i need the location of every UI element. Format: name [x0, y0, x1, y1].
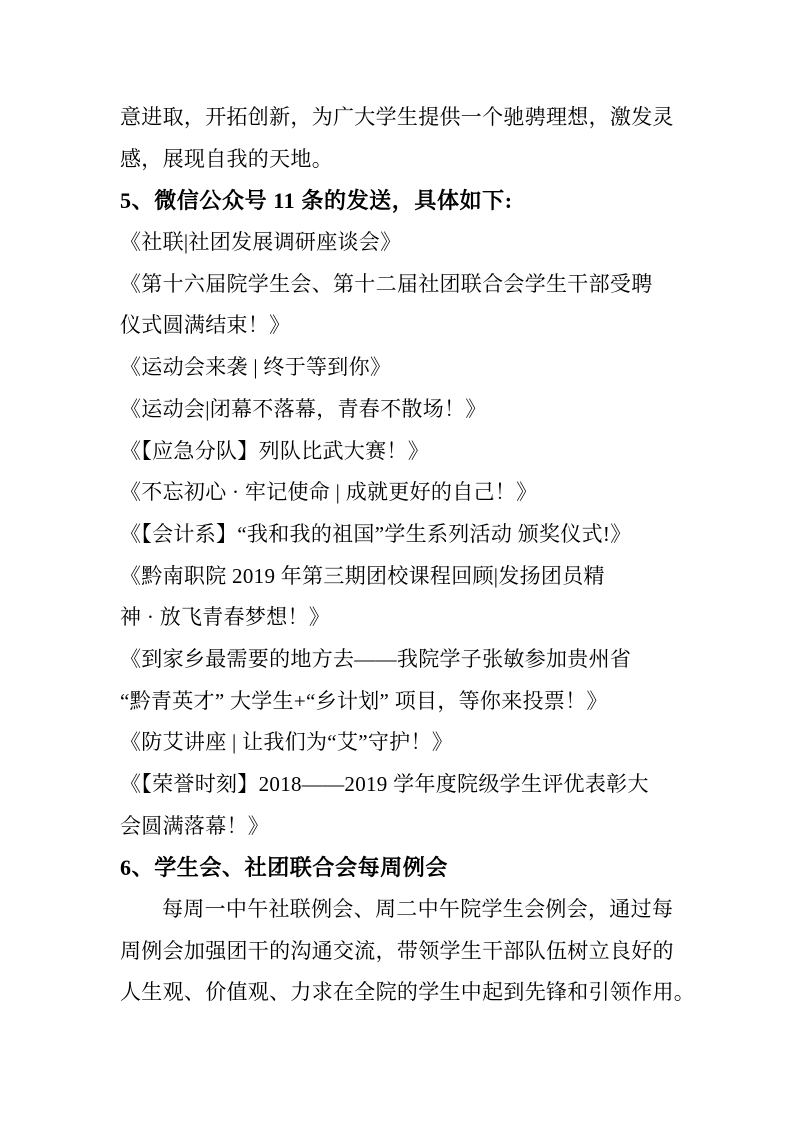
document-page: 意进取，开拓创新，为广大学生提供一个驰骋理想，激发灵 感，展现自我的天地。 5、… — [0, 0, 793, 1122]
article-title-item: 《黔南职院 2019 年第三期团校课程回顾|发扬团员精 神 · 放飞青春梦想！》 — [120, 556, 675, 639]
article-title-item: 《到家乡最需要的地方去——我院学子张敏参加贵州省 “黔青英才” 大学生+“乡计划… — [120, 639, 675, 722]
section-heading-text: 6、学生会、社团联合会每周例会 — [120, 847, 675, 889]
paragraph-body-continuation: 意进取，开拓创新，为广大学生提供一个驰骋理想，激发灵 感，展现自我的天地。 — [120, 97, 675, 180]
article-title-line: 《到家乡最需要的地方去——我院学子张敏参加贵州省 — [120, 639, 675, 681]
section-heading-5: 5、微信公众号 11 条的发送，具体如下: — [120, 180, 675, 222]
article-title-line: 《社联|社团发展调研座谈会》 — [120, 222, 675, 264]
section-heading-text: 5、微信公众号 11 条的发送，具体如下: — [120, 180, 675, 222]
article-title-line: 《【会计系】“我和我的祖国”学生系列活动 颁奖仪式!》 — [120, 514, 675, 556]
section-heading-6: 6、学生会、社团联合会每周例会 — [120, 847, 675, 889]
article-title-line: 《不忘初心 · 牢记使命 | 成就更好的自己！》 — [120, 472, 675, 514]
article-title-item: 《运动会来袭 | 终于等到你》 — [120, 347, 675, 389]
article-title-line: 《运动会|闭幕不落幕，青春不散场！》 — [120, 389, 675, 431]
body-text-line: 每周一中午社联例会、周二中午院学生会例会，通过每 — [120, 889, 675, 931]
article-title-line: 《【荣誉时刻】2018——2019 学年度院级学生评优表彰大 — [120, 764, 675, 806]
article-title-line: 《【应急分队】列队比武大赛！》 — [120, 431, 675, 473]
article-title-line: 《第十六届院学生会、第十二届社团联合会学生干部受聘 — [120, 264, 675, 306]
article-title-line: 《防艾讲座 | 让我们为“艾”守护！》 — [120, 722, 675, 764]
article-title-item: 《【应急分队】列队比武大赛！》 — [120, 431, 675, 473]
article-title-line: “黔青英才” 大学生+“乡计划” 项目，等你来投票！》 — [120, 681, 675, 723]
paragraph-body: 每周一中午社联例会、周二中午院学生会例会，通过每 周例会加强团干的沟通交流，带领… — [120, 889, 675, 1014]
article-title-item: 《社联|社团发展调研座谈会》 — [120, 222, 675, 264]
body-text-line: 感，展现自我的天地。 — [120, 139, 675, 181]
article-title-item: 《第十六届院学生会、第十二届社团联合会学生干部受聘 仪式圆满结束！》 — [120, 264, 675, 347]
article-title-item: 《防艾讲座 | 让我们为“艾”守护！》 — [120, 722, 675, 764]
article-title-line: 神 · 放飞青春梦想！》 — [120, 597, 675, 639]
body-text-line: 意进取，开拓创新，为广大学生提供一个驰骋理想，激发灵 — [120, 97, 675, 139]
article-title-line: 仪式圆满结束！》 — [120, 305, 675, 347]
article-title-line: 会圆满落幕！》 — [120, 806, 675, 848]
article-title-item: 《【荣誉时刻】2018——2019 学年度院级学生评优表彰大 会圆满落幕！》 — [120, 764, 675, 847]
article-title-line: 《黔南职院 2019 年第三期团校课程回顾|发扬团员精 — [120, 556, 675, 598]
article-title-item: 《不忘初心 · 牢记使命 | 成就更好的自己！》 — [120, 472, 675, 514]
article-title-item: 《运动会|闭幕不落幕，青春不散场！》 — [120, 389, 675, 431]
body-text-line: 周例会加强团干的沟通交流，带领学生干部队伍树立良好的 — [120, 931, 675, 973]
body-text-line: 人生观、价值观、力求在全院的学生中起到先锋和引领作用。 — [120, 972, 675, 1014]
article-title-line: 《运动会来袭 | 终于等到你》 — [120, 347, 675, 389]
article-title-item: 《【会计系】“我和我的祖国”学生系列活动 颁奖仪式!》 — [120, 514, 675, 556]
